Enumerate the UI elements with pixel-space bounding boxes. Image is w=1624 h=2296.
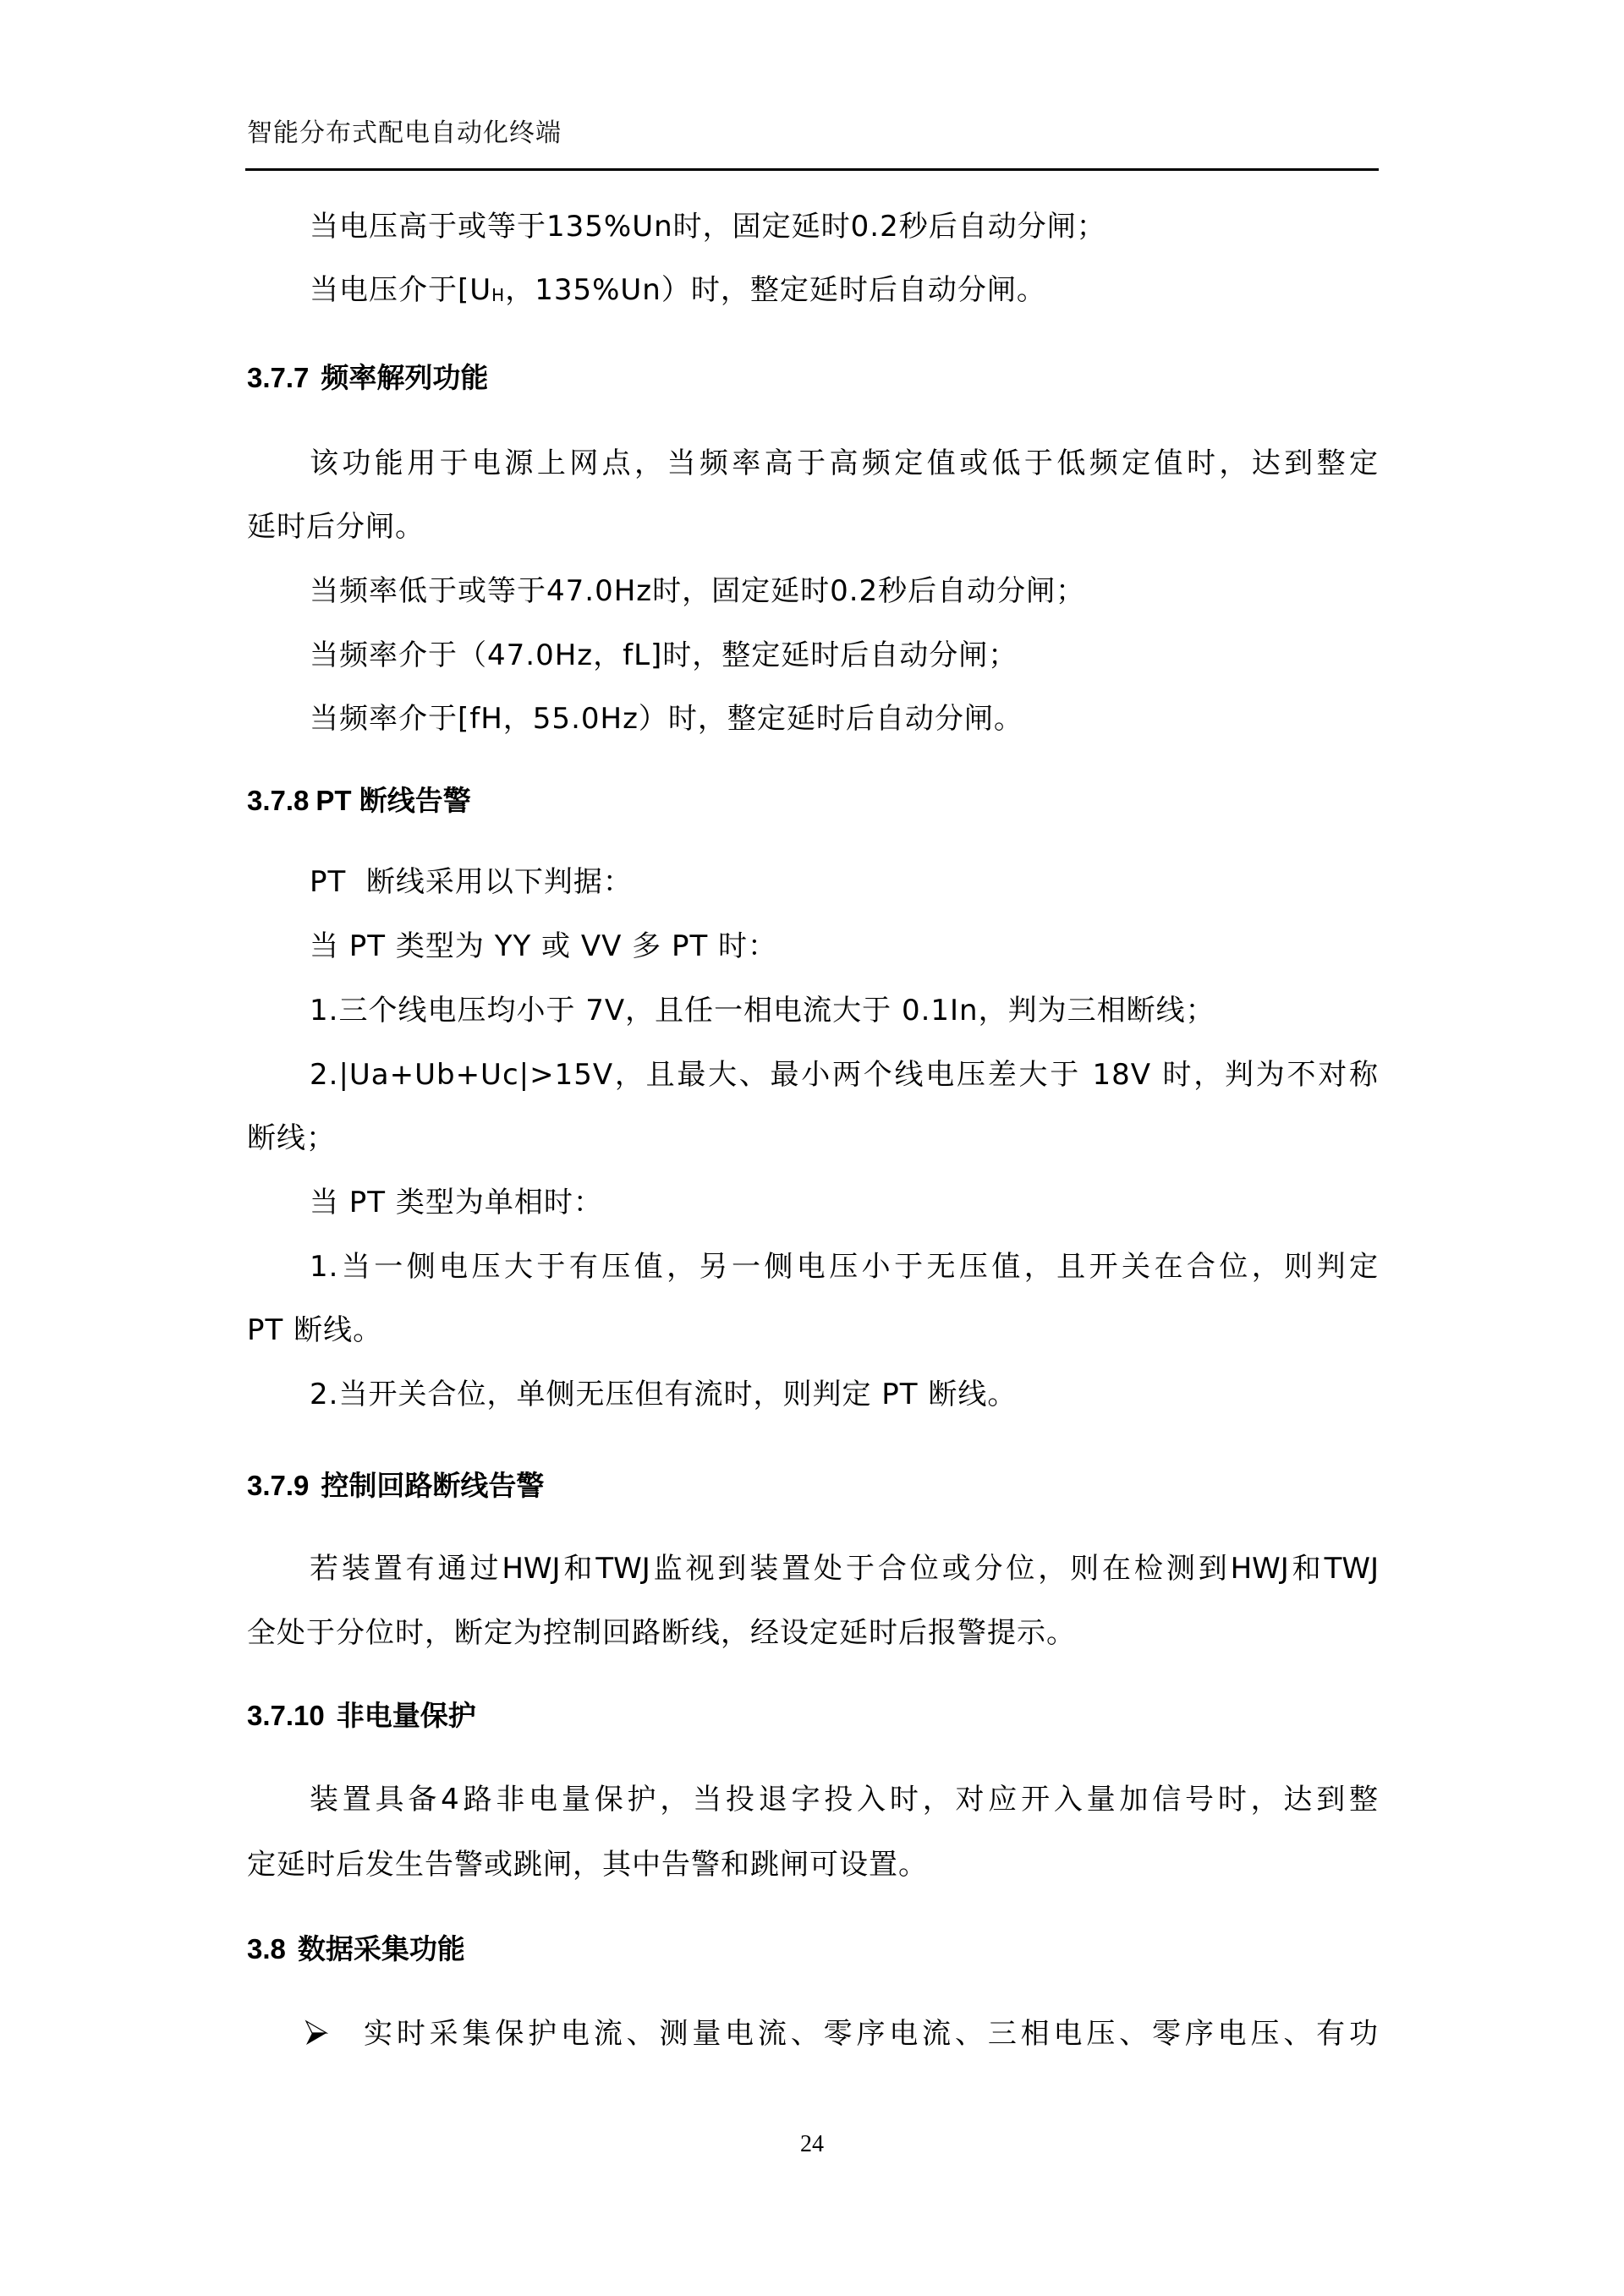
section-number: 3.7.9 [247,1470,309,1501]
paragraph-line: PT 断线采用以下判据： [310,863,1379,901]
paragraph-line: 断线； [247,1120,1379,1157]
section-heading-3-7-8: 3.7.8PT 断线告警 [247,782,471,819]
list-item: 2.|Ua+Ub+Uc|>15V，且最大、最小两个线电压差大于 18V 时，判为… [310,1056,1379,1093]
text-span: 当电压介于[U [310,273,491,307]
paragraph-line: 当 PT 类型为 YY 或 VV 多 PT 时： [310,928,1379,965]
section-title: 数据采集功能 [298,1933,465,1964]
header-rule [245,168,1379,171]
list-item: 当频率低于或等于47.0Hz时，固定延时0.2秒后自动分闸； [310,573,1379,610]
section-title: PT 断线告警 [315,785,470,816]
section-heading-3-7-9: 3.7.9控制回路断线告警 [247,1467,544,1504]
bullet-text: 实时采集保护电流、测量电流、零序电流、三相电压、零序电压、有功 [364,2015,1379,2052]
section-number: 3.8 [247,1933,286,1964]
list-item: 1.当一侧电压大于有压值，另一侧电压小于无压值，且开关在合位，则判定 [310,1248,1379,1285]
paragraph-line: 当电压高于或等于135%Un时，固定延时0.2秒后自动分闸； [310,208,1379,245]
paragraph-line: 延时后分闸。 [247,508,1379,545]
list-item: 2.当开关合位，单侧无压但有流时，则判定 PT 断线。 [310,1376,1379,1413]
section-heading-3-7-7: 3.7.7频率解列功能 [247,359,488,397]
paragraph-line: 该功能用于电源上网点，当频率高于高频定值或低于低频定值时，达到整定 [310,445,1379,482]
section-heading-3-7-10: 3.7.10非电量保护 [247,1697,476,1734]
subscript-h: H [491,285,505,305]
paragraph-line: PT 断线。 [247,1312,1379,1349]
section-title: 控制回路断线告警 [321,1470,544,1501]
arrow-bullet-icon [304,2019,328,2046]
list-item: 1.三个线电压均小于 7V，且任一相电流大于 0.1In，判为三相断线； [310,992,1379,1029]
paragraph-line: 全处于分位时，断定为控制回路断线，经设定延时后报警提示。 [247,1614,1379,1652]
paragraph-line: 装置具备4路非电量保护，当投退字投入时，对应开入量加信号时，达到整 [310,1781,1379,1818]
running-header: 智能分布式配电自动化终端 [247,115,562,152]
section-title: 非电量保护 [337,1700,476,1731]
paragraph-line: 当 PT 类型为单相时： [310,1184,1379,1221]
section-number: 3.7.10 [247,1700,325,1731]
paragraph-line: 若装置有通过HWJ和TWJ监视到装置处于合位或分位，则在检测到HWJ和TWJ [310,1550,1379,1587]
document-page: 智能分布式配电自动化终端 当电压高于或等于135%Un时，固定延时0.2秒后自动… [0,0,1624,2296]
section-heading-3-8: 3.8数据采集功能 [247,1931,465,1968]
paragraph-line: 定延时后发生告警或跳闸，其中告警和跳闸可设置。 [247,1846,1379,1883]
list-item: 当频率介于（47.0Hz，fL]时，整定延时后自动分闸； [310,637,1379,674]
paragraph-line: 当电压介于[UH，135%Un）时，整定延时后自动分闸。 [310,271,1379,314]
list-item: 当频率介于[fH，55.0Hz）时，整定延时后自动分闸。 [310,700,1379,737]
section-number: 3.7.8 [247,785,309,816]
text-span: ，135%Un）时，整定延时后自动分闸。 [505,273,1046,307]
section-title: 频率解列功能 [321,362,488,393]
section-number: 3.7.7 [247,362,309,393]
page-number: 24 [0,2129,1624,2160]
